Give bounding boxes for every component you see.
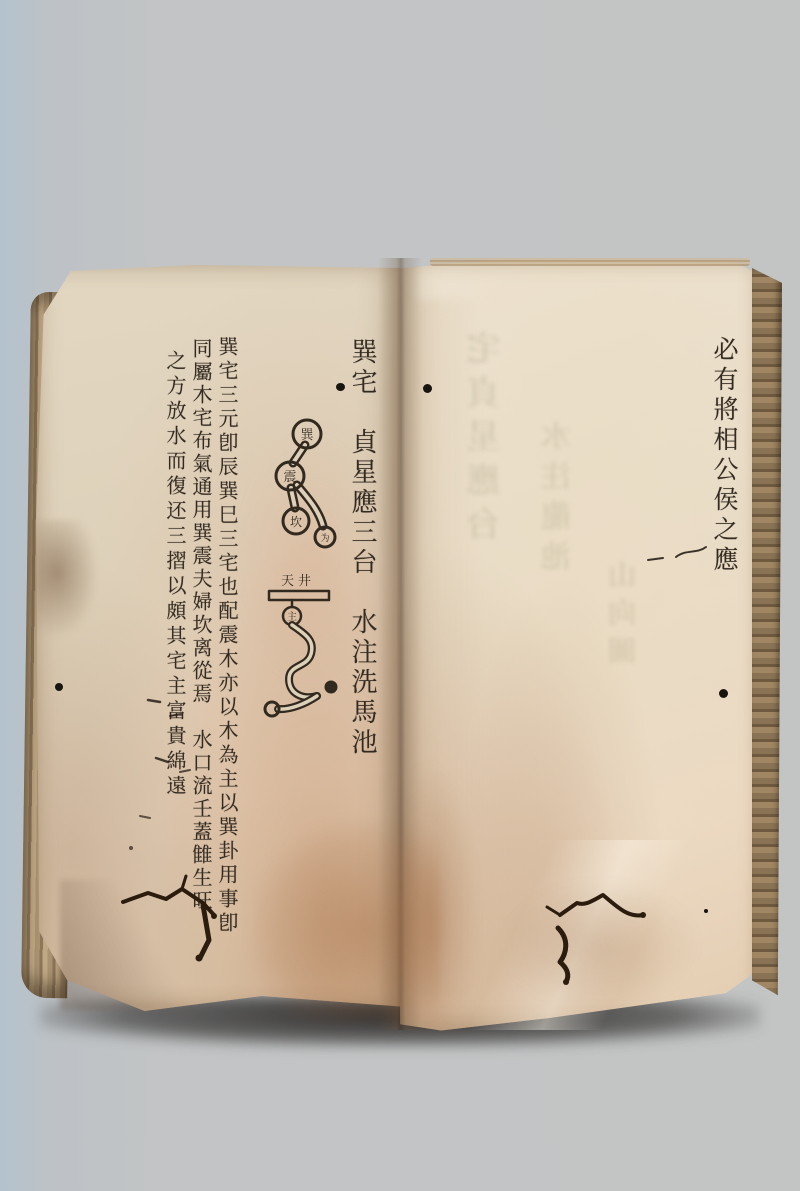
crack-mark	[123, 889, 214, 915]
damage-overlay	[0, 0, 800, 1191]
page-edge-top	[430, 258, 750, 266]
crack-mark	[560, 895, 643, 915]
photo-backdrop: 宅貞星應台 水注龍池 山向圖 必有將相公侯之應 巽宅 貞星應三台 水注洗馬池 巽…	[0, 0, 800, 1191]
ink-spatter	[148, 700, 160, 702]
